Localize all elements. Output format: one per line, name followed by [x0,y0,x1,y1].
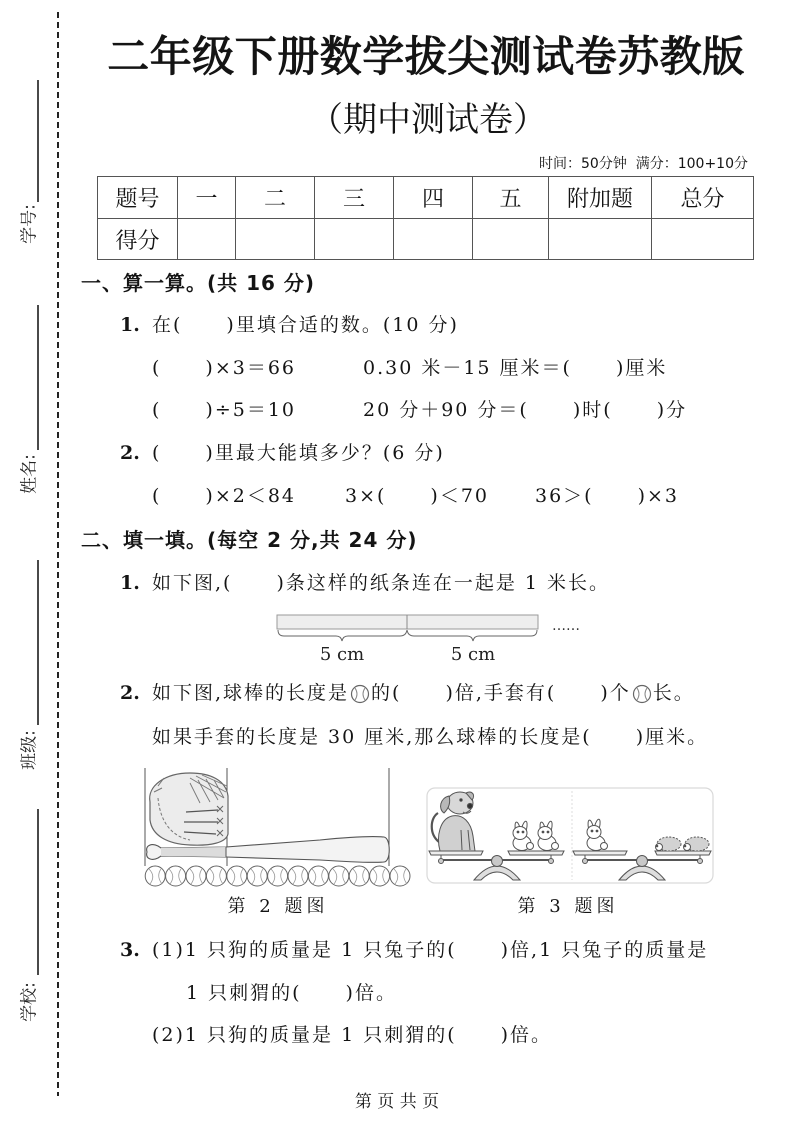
item-text: ( [152,357,161,379]
brace-right [407,630,537,641]
s2-q3-part-1-line-2: 1 只刺猬的()倍。 [186,980,397,1006]
question-text: )条这样的纸条连在一起是 1 米长。 [276,572,610,594]
answer-blank[interactable] [161,359,205,379]
item-text: ( [152,485,161,507]
s1-q1-item-d: 20 分＋90 分＝()时()分 [363,397,687,423]
segment-length-label: 5 cm [451,644,495,665]
header-cell-total: 总分 [652,177,754,219]
baseball-glove [150,773,228,845]
score-cell-part-3[interactable] [315,219,394,260]
score-cell-part-2[interactable] [236,219,315,260]
s1-q2-item-c: 36＞()×3 [535,483,679,509]
item-text: 0.30 米－15 厘米＝( [363,357,572,379]
score-cell-total[interactable] [652,219,754,260]
answer-blank[interactable] [592,728,636,748]
question-text: )倍。 [501,1024,552,1046]
answer-blank[interactable] [161,401,205,421]
paper-strip [277,615,538,629]
question-text: ( [152,442,161,464]
s1-q1-item-a: ()×3＝66 [152,355,296,381]
score-row-label: 得分 [98,219,178,260]
answer-blank[interactable] [161,444,205,464]
s2-q2-line-2: 如果手套的长度是 30 厘米,那么球棒的长度是()厘米。 [152,724,708,750]
answer-blank[interactable] [457,1026,501,1046]
s1-q1-item-b: 0.30 米－15 厘米＝()厘米 [363,355,667,381]
answer-blank[interactable] [182,316,226,336]
question-text: 长。 [653,682,695,704]
brace-left [278,630,407,641]
s2-q3-part-2: (2)1 只狗的质量是 1 只刺猬的()倍。 [152,1022,552,1048]
item-text: )分 [657,399,687,421]
question-text: 如果手套的长度是 30 厘米,那么球棒的长度是( [152,726,592,748]
answer-blank[interactable] [302,984,346,1004]
question-text: )里最大能填多少？(6 分) [205,442,444,464]
answer-blank[interactable] [613,401,657,421]
header-cell-bonus: 附加题 [549,177,652,219]
question-text: (1)1 只狗的质量是 1 只兔子的( [152,939,457,961]
question-text: 在( [152,314,182,336]
section-1-heading: 一、算一算。(共 16 分) [81,269,315,297]
question-number: 3. [120,937,152,963]
answer-blank[interactable] [401,684,445,704]
question-text: 1 只刺猬的( [186,982,302,1004]
binding-cut-line [57,12,59,1096]
answer-blank[interactable] [161,487,205,507]
section-1-question-1: 1.在()里填合适的数。(10 分) [120,312,459,338]
answer-blank[interactable] [594,487,638,507]
paper-strip-figure: 5 cm 5 cm …… [270,605,600,670]
item-text: )时( [573,399,613,421]
question-text: 如下图,球棒的长度是 [152,682,349,704]
name-label: 姓名: [15,454,40,494]
question-text: )倍,1 只兔子的质量是 [501,939,709,961]
question-number: 1. [120,312,152,338]
baseball-row [145,866,410,886]
baseball-figure [140,765,415,892]
answer-blank[interactable] [457,941,501,961]
item-text: 36＞( [535,485,594,507]
segment-length-label: 5 cm [320,644,364,665]
question-text: (2)1 只狗的质量是 1 只刺猬的( [152,1024,457,1046]
student-id-label: 学号: [15,204,40,244]
item-text: )×3 [638,485,679,507]
section-1-question-2: 2.()里最大能填多少？(6 分) [120,440,445,466]
student-id-underline[interactable] [37,80,39,202]
page-subtitle: （期中测试卷） [100,98,756,142]
score-cell-part-5[interactable] [473,219,549,260]
answer-blank[interactable] [556,684,600,704]
page-number-footer: 第 页 共 页 [297,1090,497,1114]
question-text: )里填合适的数。(10 分) [226,314,458,336]
answer-blank[interactable] [572,359,616,379]
header-cell-question-no: 题号 [98,177,178,219]
question-number: 2. [120,680,152,706]
item-text: )＜70 [430,485,489,507]
question-number: 2. [120,440,152,466]
question-text: )个 [600,682,630,704]
score-table-header-row: 题号 一 二 三 四 五 附加题 总分 [98,177,754,219]
header-cell-part-2: 二 [236,177,315,219]
s1-q2-item-b: 3×()＜70 [345,483,489,509]
item-text: )厘米 [616,357,667,379]
answer-blank[interactable] [386,487,430,507]
item-text: 3×( [345,485,386,507]
score-cell-part-4[interactable] [394,219,473,260]
header-cell-part-5: 五 [473,177,549,219]
score-table-score-row: 得分 [98,219,754,260]
s1-q1-item-c: ()÷5＝10 [152,397,296,423]
figure-2-caption: 第 2 题图 [208,894,348,920]
class-underline[interactable] [37,560,39,725]
page-title: 二年级下册数学拔尖测试卷苏教版 [100,30,752,84]
item-text: )÷5＝10 [205,399,296,421]
school-underline[interactable] [37,809,39,975]
header-cell-part-4: 四 [394,177,473,219]
section-2-question-2: 2.如下图,球棒的长度是的()倍,手套有()个长。 [120,680,695,706]
s1-q2-item-a: ()×2＜84 [152,483,296,509]
class-label: 班级: [15,730,40,770]
item-text: )×2＜84 [205,485,296,507]
answer-blank[interactable] [529,401,573,421]
exam-meta: 时间：50分钟 满分：100+10分 [539,155,748,173]
section-2-question-3: 3.(1)1 只狗的质量是 1 只兔子的()倍,1 只兔子的质量是 [120,937,708,963]
continuation-dots: …… [552,618,580,634]
question-text: )倍,手套有( [445,682,556,704]
baseball-icon [632,684,652,704]
header-cell-part-1: 一 [178,177,236,219]
section-2-question-1: 1.如下图,()条这样的纸条连在一起是 1 米长。 [120,570,610,596]
item-text: )×3＝66 [205,357,296,379]
question-text: 的( [371,682,401,704]
figure-3-caption: 第 3 题图 [498,894,638,920]
question-text: )倍。 [346,982,397,1004]
baseball-icon [350,684,370,704]
balance-scale-figure [422,783,718,888]
item-text: 20 分＋90 分＝( [363,399,529,421]
header-cell-part-3: 三 [315,177,394,219]
score-cell-part-1[interactable] [178,219,236,260]
question-text: )厘米。 [636,726,708,748]
answer-blank[interactable] [232,574,276,594]
name-underline[interactable] [37,305,39,450]
score-cell-bonus[interactable] [549,219,652,260]
school-label: 学校: [15,982,40,1022]
question-text: 如下图,( [152,572,232,594]
score-table: 题号 一 二 三 四 五 附加题 总分 得分 [97,176,754,260]
question-number: 1. [120,570,152,596]
section-2-heading: 二、填一填。(每空 2 分,共 24 分) [81,526,417,554]
item-text: ( [152,399,161,421]
